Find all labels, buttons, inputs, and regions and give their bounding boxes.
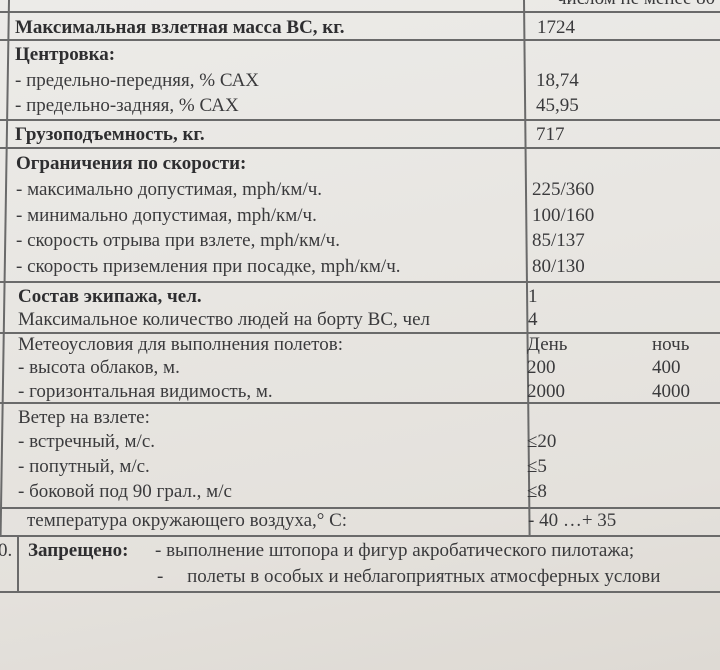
wind-cross-label: - боковой под 90 грал., м/с xyxy=(18,481,232,503)
speed-landing-label: - скорость приземления при посадке, mph/… xyxy=(16,256,401,278)
prohibited-item: - выполнение штопора и фигур акробатичес… xyxy=(155,540,634,562)
speed-landing-value: 80/130 xyxy=(532,256,585,278)
cg-rear-label: - предельно-задняя, % САХ xyxy=(15,95,239,117)
mtow-label: Максимальная взлетная масса ВС, кг. xyxy=(15,17,345,39)
top-cut-text: числом не менее 80 xyxy=(557,0,715,10)
weather-visibility-label: - горизонтальная видимость, м. xyxy=(18,381,273,403)
temperature-label: температура окружающего воздуха,° С: xyxy=(27,510,347,532)
payload-label: Грузоподъемность, кг. xyxy=(15,124,205,146)
max-people-value: 4 xyxy=(528,309,538,331)
prohibited-item: - полеты в особых и неблагоприятных атмо… xyxy=(157,566,660,588)
weather-clouds-label: - высота облаков, м. xyxy=(18,357,180,379)
rule xyxy=(0,591,720,593)
rule xyxy=(0,507,720,509)
speed-min-label: - минимально допустимая, mph/км/ч. xyxy=(16,205,317,227)
wind-cross-value: ≤8 xyxy=(527,481,547,503)
wind-heading: Ветер на взлете: xyxy=(18,407,150,429)
speed-max-value: 225/360 xyxy=(532,179,594,201)
prohibited-left-border xyxy=(17,536,19,592)
weather-day-header: День xyxy=(527,334,567,356)
rule xyxy=(0,535,720,537)
weather-heading: Метеоусловия для выполнения полетов: xyxy=(18,334,343,356)
rule xyxy=(0,39,720,41)
weather-clouds-day: 200 xyxy=(527,357,556,379)
weather-night-header: ночь xyxy=(652,334,689,356)
speed-heading: Ограничения по скорости: xyxy=(16,153,246,175)
wind-tail-label: - попутный, м/с. xyxy=(18,456,150,478)
speed-max-label: - максимально допустимая, mph/км/ч. xyxy=(16,179,322,201)
crew-label: Состав экипажа, чел. xyxy=(18,286,202,308)
cg-front-value: 18,74 xyxy=(536,70,579,92)
cg-heading: Центровка: xyxy=(15,44,115,66)
speed-liftoff-value: 85/137 xyxy=(532,230,585,252)
rule xyxy=(0,11,720,13)
weather-visibility-day: 2000 xyxy=(527,381,565,403)
rule xyxy=(0,147,720,149)
rule xyxy=(0,119,720,121)
speed-min-value: 100/160 xyxy=(532,205,594,227)
mtow-value: 1724 xyxy=(537,17,575,39)
wind-head-label: - встречный, м/с. xyxy=(18,431,155,453)
rule xyxy=(0,281,720,283)
section-number: 0. xyxy=(0,540,12,562)
weather-clouds-night: 400 xyxy=(652,357,681,379)
payload-value: 717 xyxy=(536,124,565,146)
speed-liftoff-label: - скорость отрыва при взлете, mph/км/ч. xyxy=(16,230,340,252)
crew-value: 1 xyxy=(528,286,538,308)
weather-visibility-night: 4000 xyxy=(652,381,690,403)
cg-front-label: - предельно-передняя, % САХ xyxy=(15,70,259,92)
wind-tail-value: ≤5 xyxy=(527,456,547,478)
cg-rear-value: 45,95 xyxy=(536,95,579,117)
temperature-value: - 40 …+ 35 xyxy=(528,510,616,532)
wind-head-value: ≤20 xyxy=(527,431,556,453)
prohibited-heading: Запрещено: xyxy=(28,540,128,562)
max-people-label: Максимальное количество людей на борту В… xyxy=(18,309,430,331)
table-left-border xyxy=(0,0,10,536)
